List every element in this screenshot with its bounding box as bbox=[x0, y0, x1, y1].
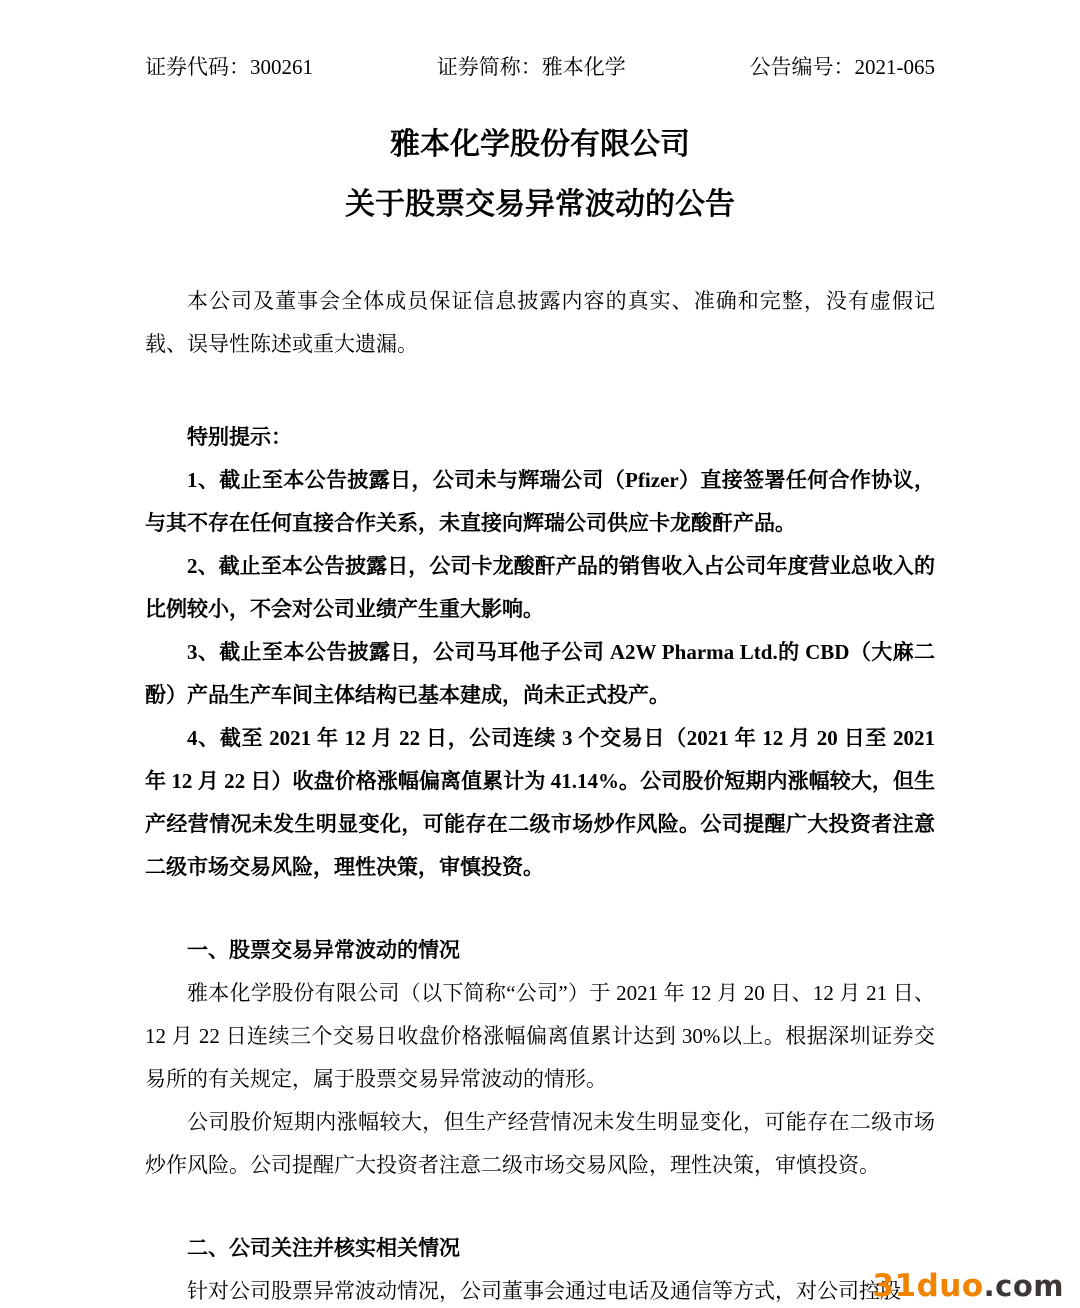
special-notice-item-2: 2、截止至本公告披露日，公司卡龙酸酐产品的销售收入占公司年度营业总收入的比例较小… bbox=[145, 545, 935, 631]
section-1-paragraph-2: 公司股价短期内涨幅较大，但生产经营情况未发生明显变化，可能存在二级市场炒作风险。… bbox=[145, 1101, 935, 1187]
watermark: 31duo.com bbox=[872, 1271, 1064, 1302]
announcement-number: 公告编号：2021-065 bbox=[750, 53, 936, 81]
special-notice-item-3: 3、截止至本公告披露日，公司马耳他子公司 A2W Pharma Ltd.的 CB… bbox=[145, 631, 935, 717]
doc-header: 证券代码：300261 证券简称：雅本化学 公告编号：2021-065 bbox=[145, 53, 935, 81]
announcement-page: 证券代码：300261 证券简称：雅本化学 公告编号：2021-065 雅本化学… bbox=[0, 0, 1080, 1308]
special-notice-item-1: 1、截止至本公告披露日，公司未与辉瑞公司（Pfizer）直接签署任何合作协议，与… bbox=[145, 459, 935, 545]
announcement-title: 关于股票交易异常波动的公告 bbox=[145, 185, 935, 225]
section-2-paragraph-1: 针对公司股票异常波动情况，公司董事会通过电话及通信等方式，对公司控股 bbox=[145, 1270, 935, 1308]
company-title: 雅本化学股份有限公司 bbox=[145, 125, 935, 165]
section-1-paragraph-1: 雅本化学股份有限公司（以下简称“公司”）于 2021 年 12 月 20 日、1… bbox=[145, 972, 935, 1101]
stock-code: 证券代码：300261 bbox=[145, 53, 313, 81]
disclaimer-paragraph: 本公司及董事会全体成员保证信息披露内容的真实、准确和完整，没有虚假记载、误导性陈… bbox=[145, 280, 935, 366]
stock-name: 证券简称：雅本化学 bbox=[437, 53, 626, 81]
special-notice-item-4: 4、截至 2021 年 12 月 22 日，公司连续 3 个交易日（2021 年… bbox=[145, 717, 935, 889]
watermark-suffix: .com bbox=[984, 1269, 1064, 1303]
watermark-brand: 31duo bbox=[872, 1268, 983, 1304]
section-1-heading: 一、股票交易异常波动的情况 bbox=[145, 929, 935, 972]
special-notice-heading: 特别提示： bbox=[145, 416, 935, 459]
section-2-heading: 二、公司关注并核实相关情况 bbox=[145, 1227, 935, 1270]
